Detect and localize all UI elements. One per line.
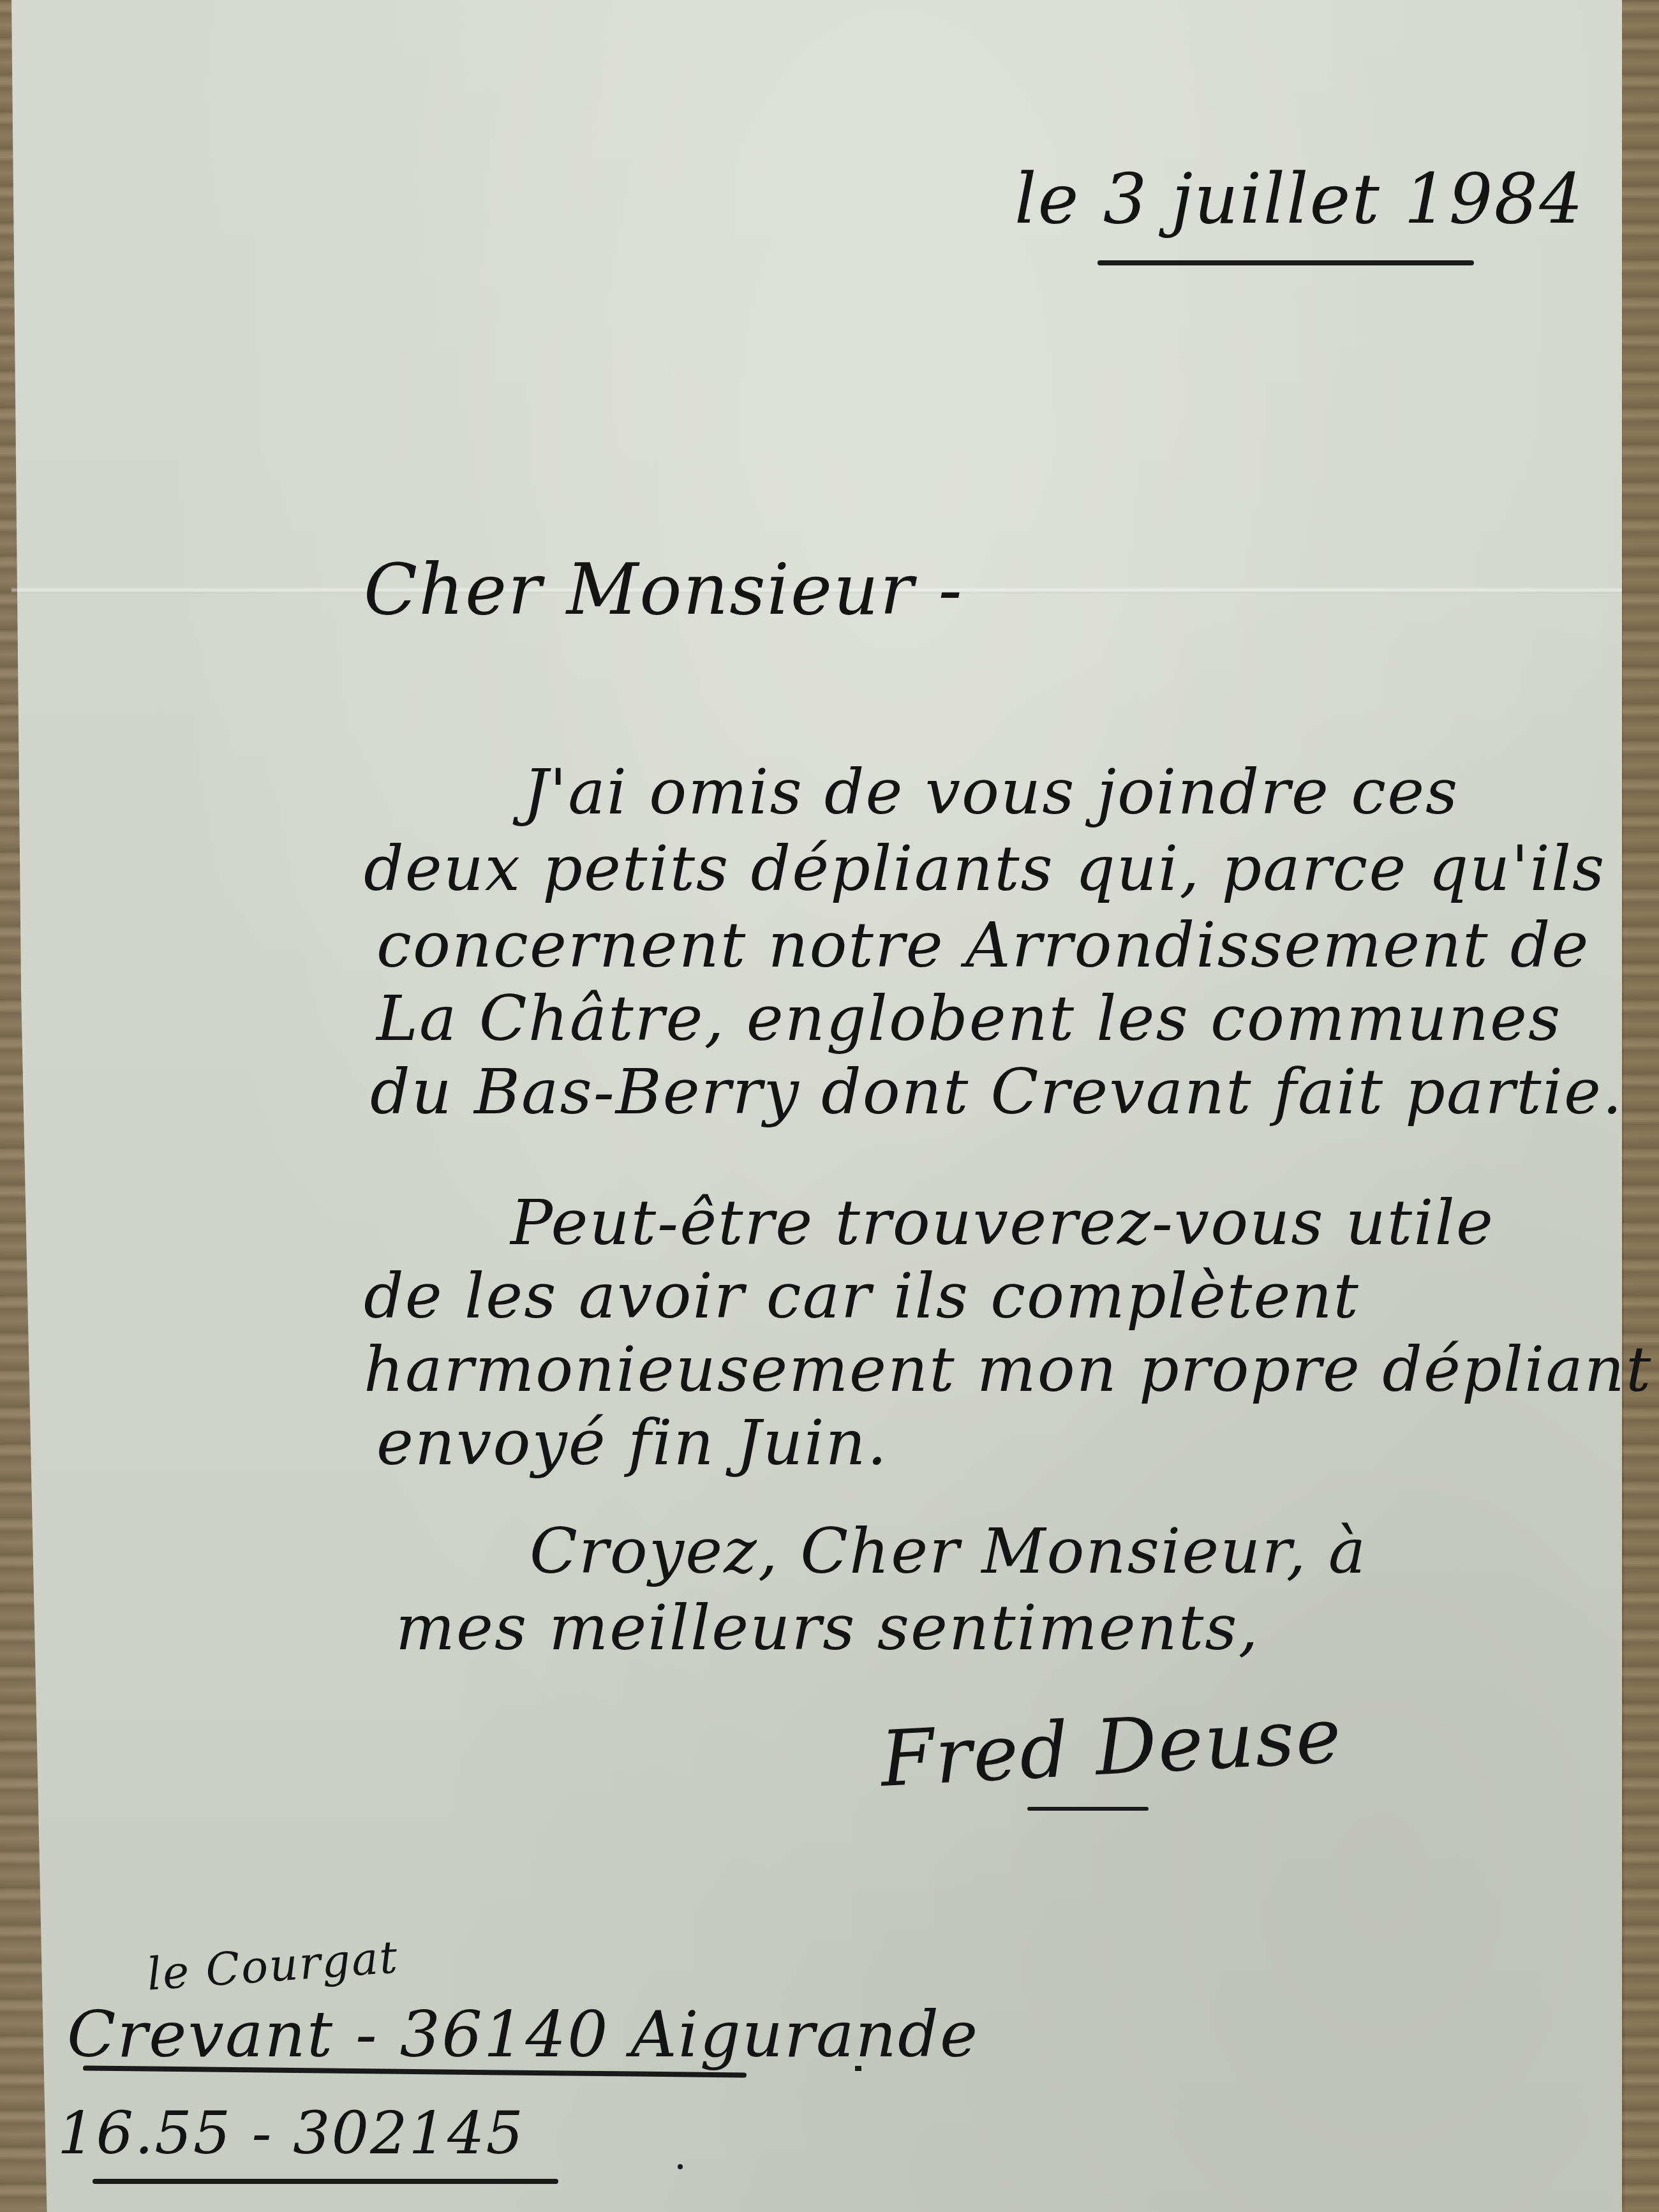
- paragraph-1-line-1: J'ai omis de vous joindre ces: [523, 756, 1459, 829]
- ink-mark: [855, 2066, 861, 2071]
- paragraph-1-line-5: du Bas-Berry dont Crevant fait partie.: [370, 1056, 1623, 1129]
- sender-phone: 16.55 - 302145: [57, 2099, 524, 2167]
- paragraph-2-line-2: de les avoir car ils complètent: [364, 1260, 1360, 1333]
- phone-underline: [93, 2179, 558, 2184]
- paragraph-2-line-3: harmonieusement mon propre dépliant: [364, 1333, 1652, 1406]
- paragraph-1-line-2: deux petits dépliants qui, parce qu'ils: [364, 833, 1605, 905]
- signature-underline: [1027, 1807, 1149, 1811]
- paragraph-2-line-4: envoyé fin Juin.: [376, 1407, 888, 1480]
- sender-address-line: Crevant - 36140 Aigurande: [67, 1997, 979, 2072]
- closing-line-1: Croyez, Cher Monsieur, à: [530, 1515, 1367, 1588]
- closing-line-2: mes meilleurs sentiments,: [396, 1592, 1260, 1665]
- letter-salutation: Cher Monsieur -: [364, 549, 963, 630]
- letter-date: le 3 juillet 1984: [1015, 160, 1584, 239]
- ink-dot: [678, 2164, 683, 2169]
- paragraph-1-line-3: concernent notre Arrondissement de: [376, 909, 1590, 982]
- date-underline: [1097, 260, 1474, 265]
- paragraph-2-line-1: Peut-être trouverez-vous utile: [510, 1187, 1494, 1259]
- paragraph-1-line-4: La Châtre, englobent les communes: [376, 983, 1561, 1055]
